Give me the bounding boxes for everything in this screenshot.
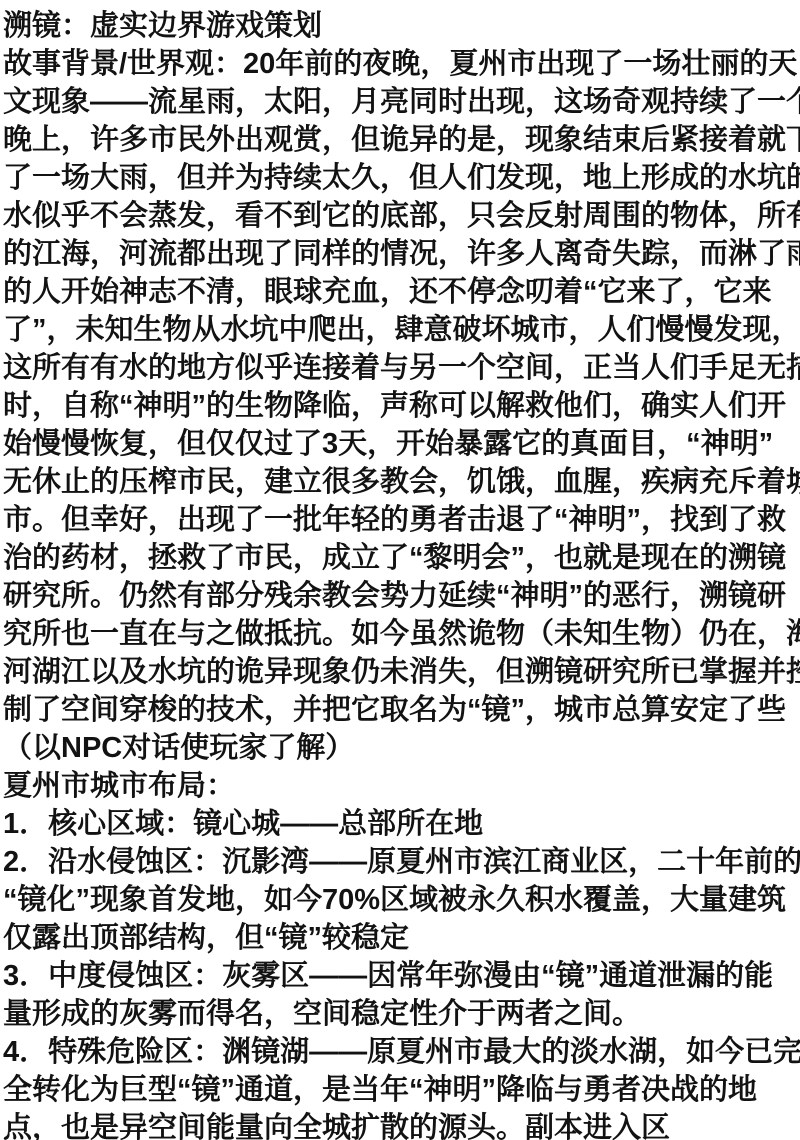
story-text-line: 市。但幸好，出现了一批年轻的勇者击退了“神明”，找到了救 [3, 501, 800, 539]
story-text-line: 制了空间穿梭的技术，并把它取名为“镜”，城市总算安定了些 [3, 691, 800, 729]
story-text-line: 了一场大雨，但并为持续太久，但人们发现，地上形成的水坑的 [3, 159, 800, 197]
city-layout-list: 1．核心区域：镜心城——总部所在地2．沿水侵蚀区：沉影湾——原夏州市滨江商业区，… [3, 805, 800, 1140]
layout-text-line: “镜化”现象首发地，如今70%区域被永久积水覆盖，大量建筑 [3, 881, 800, 919]
city-layout-heading: 夏州市城市布局： [3, 767, 800, 805]
story-text-line: 究所也一直在与之做抵抗。如今虽然诡物（未知生物）仍在，海 [3, 615, 800, 653]
story-text-line: 的江海，河流都出现了同样的情况，许多人离奇失踪，而淋了雨 [3, 235, 800, 273]
layout-text-line: 量形成的灰雾而得名，空间稳定性介于两者之间。 [3, 995, 800, 1033]
layout-text-line: 点，也是异空间能量向全城扩散的源头。副本进入区 [3, 1109, 800, 1140]
story-text-line: 无休止的压榨市民，建立很多教会，饥饿，血腥，疾病充斥着城 [3, 463, 800, 501]
story-text-line: 了”，未知生物从水坑中爬出，肆意破坏城市，人们慢慢发现， [3, 311, 800, 349]
story-text-line: 这所有有水的地方似乎连接着与另一个空间，正当人们手足无措 [3, 349, 800, 387]
layout-text-line: 全转化为巨型“镜”通道，是当年“神明”降临与勇者决战的地 [3, 1071, 800, 1109]
story-text-line: 故事背景/世界观：20年前的夜晚，夏州市出现了一场壮丽的天 [3, 45, 800, 83]
game-design-document: 溯镜：虚实边界游戏策划 故事背景/世界观：20年前的夜晚，夏州市出现了一场壮丽的… [0, 0, 800, 1140]
story-text-line: （以NPC对话使玩家了解） [3, 729, 800, 767]
story-text-line: 治的药材，拯救了市民，成立了“黎明会”，也就是现在的溯镜 [3, 539, 800, 577]
story-text-line: 始慢慢恢复，但仅仅过了3天，开始暴露它的真面目，“神明” [3, 425, 800, 463]
layout-text-line: 4．特殊危险区：渊镜湖——原夏州市最大的淡水湖，如今已完 [3, 1033, 800, 1071]
layout-text-line: 2．沿水侵蚀区：沉影湾——原夏州市滨江商业区，二十年前的 [3, 843, 800, 881]
layout-text-line: 3．中度侵蚀区：灰雾区——因常年弥漫由“镜”通道泄漏的能 [3, 957, 800, 995]
story-text-line: 晚上，许多市民外出观赏，但诡异的是，现象结束后紧接着就下 [3, 121, 800, 159]
story-text-line: 时，自称“神明”的生物降临，声称可以解救他们，确实人们开 [3, 387, 800, 425]
story-background-paragraph: 故事背景/世界观：20年前的夜晚，夏州市出现了一场壮丽的天文现象——流星雨，太阳… [3, 45, 800, 767]
document-title: 溯镜：虚实边界游戏策划 [3, 7, 800, 45]
layout-text-line: 仅露出顶部结构，但“镜”较稳定 [3, 919, 800, 957]
story-text-line: 河湖江以及水坑的诡异现象仍未消失，但溯镜研究所已掌握并控 [3, 653, 800, 691]
story-text-line: 研究所。仍然有部分残余教会势力延续“神明”的恶行，溯镜研 [3, 577, 800, 615]
story-text-line: 的人开始神志不清，眼球充血，还不停念叨着“它来了，它来 [3, 273, 800, 311]
layout-text-line: 1．核心区域：镜心城——总部所在地 [3, 805, 800, 843]
story-text-line: 文现象——流星雨，太阳，月亮同时出现，这场奇观持续了一个 [3, 83, 800, 121]
story-text-line: 水似乎不会蒸发，看不到它的底部，只会反射周围的物体，所有 [3, 197, 800, 235]
